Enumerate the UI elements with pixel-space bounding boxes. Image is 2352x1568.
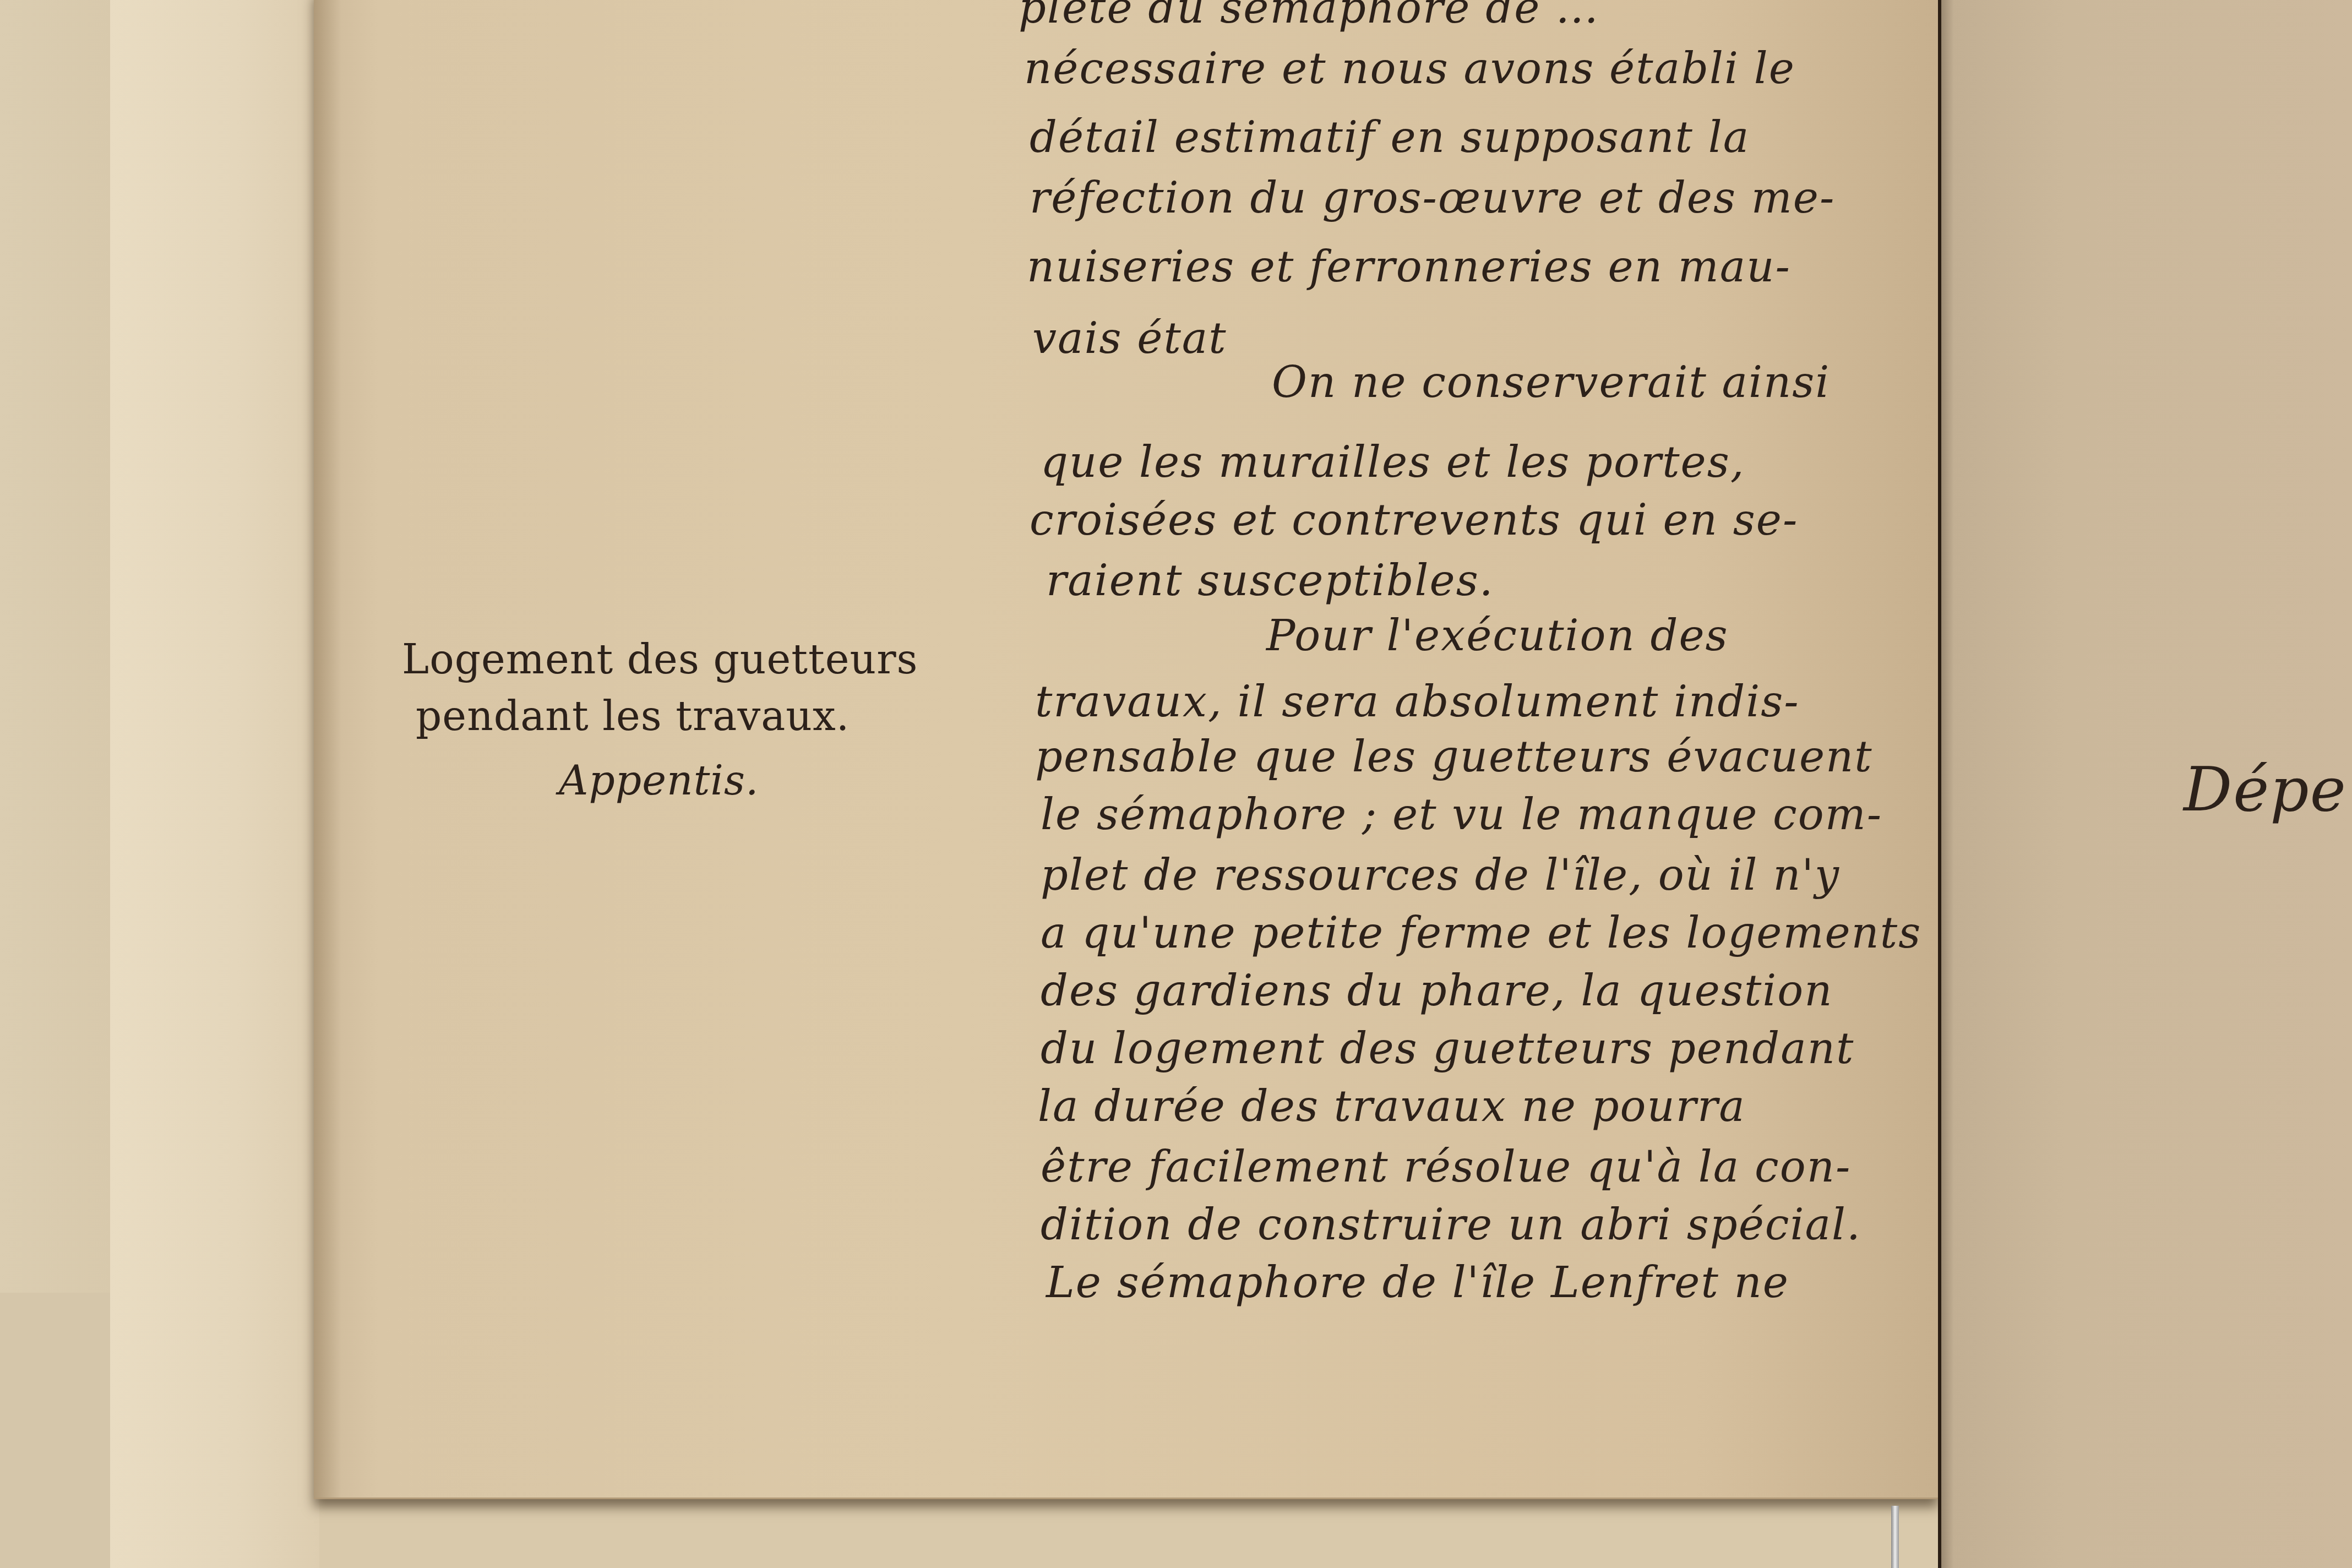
body-line: nécessaire et nous avons établi le [1024,44,1795,94]
margin-note-line: Logement des guetteurs [402,636,918,683]
torn-sheet-edge [0,1293,110,1568]
body-line: du logement des guetteurs pendant [1041,1024,1854,1074]
body-line: plet de ressources de l'île, où il n'y [1041,851,1840,900]
body-line: pensable que les guetteurs évacuent [1035,732,1873,782]
body-line: Le sémaphore de l'île Lenfret ne [1046,1258,1789,1308]
margin-note-heading: Appentis. [559,757,759,804]
body-line-indented: Pour l'exécution des [1266,611,1729,661]
body-line: des gardiens du phare, la question [1041,966,1833,1016]
facing-page: Dépe [1938,0,2352,1568]
body-line: travaux, il sera absolument indis- [1035,677,1800,727]
body-line: dition de construire un abri spécial. [1041,1200,1861,1250]
body-line-indented: On ne conserverait ainsi [1272,358,1830,407]
body-line: le sémaphore ; et vu le manque com- [1041,790,1882,840]
binding-pin [1891,1506,1899,1568]
body-line: nuiseries et ferronneries en mau- [1027,242,1791,292]
body-line: raient susceptibles. [1046,556,1494,606]
paper-strip [110,0,319,1568]
body-line: a qu'une petite ferme et les logements [1041,908,1921,958]
facing-page-heading-fragment: Dépe [2184,754,2347,825]
body-line: réfection du gros-œuvre et des me- [1030,173,1835,223]
underlying-left-sheet [0,0,111,1568]
body-line: que les murailles et les portes, [1041,438,1745,487]
margin-note-line: pendant les travaux. [416,693,850,740]
body-line: plète du sémaphore de … [1019,0,1599,33]
body-line: détail estimatif en supposant la [1030,113,1750,162]
manuscript-page: Logement des guetteurs pendant les trava… [314,0,1938,1499]
body-line: vais état [1032,314,1227,363]
body-line: croisées et contrevents qui en se- [1030,496,1798,545]
body-line: être facilement résolue qu'à la con- [1041,1142,1851,1192]
body-line: la durée des travaux ne pourra [1038,1082,1746,1131]
